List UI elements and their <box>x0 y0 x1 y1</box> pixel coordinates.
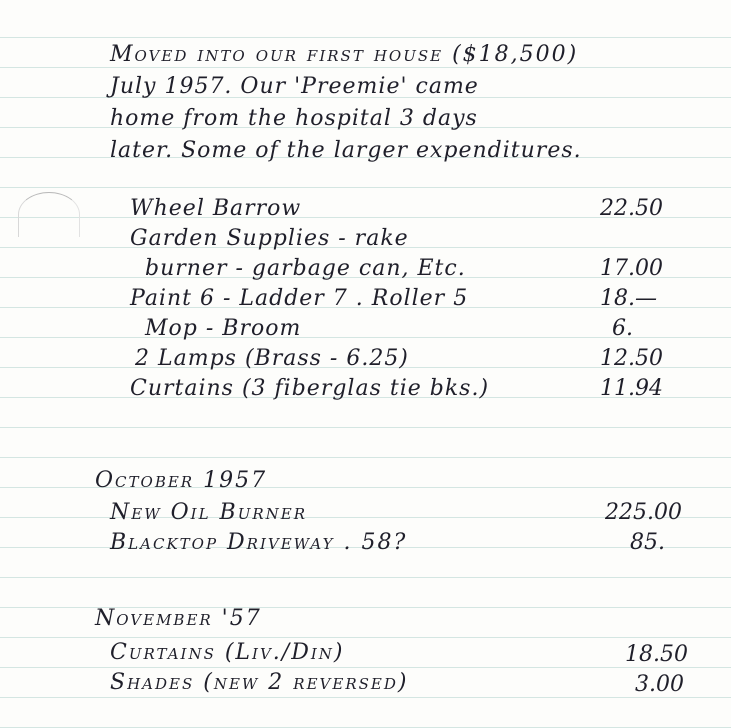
expense-label: Blacktop Driveway . 58? <box>110 530 407 555</box>
expense-amount: 6. <box>612 316 633 341</box>
expense-label: Paint 6 - Ladder 7 . Roller 5 <box>130 286 468 311</box>
expense-label: New Oil Burner <box>110 500 307 525</box>
notebook-page: Moved into our first house ($18,500) Jul… <box>0 0 731 728</box>
expense-label: 2 Lamps (Brass - 6.25) <box>135 346 409 371</box>
expense-amount: 18.50 <box>625 642 688 667</box>
intro-line: Moved into our first house ($18,500) <box>110 42 578 67</box>
expense-amount: 17.00 <box>600 256 663 281</box>
expense-label: Curtains (3 fiberglas tie bks.) <box>130 376 489 401</box>
intro-line: later. Some of the larger expenditures. <box>110 138 582 163</box>
expense-label: Garden Supplies - rake <box>130 226 409 251</box>
binder-hole-icon <box>18 192 80 237</box>
expense-amount: 12.50 <box>600 346 663 371</box>
expense-amount: 18.— <box>600 286 657 311</box>
expense-amount: 22.50 <box>600 196 663 221</box>
expense-amount: 11.94 <box>600 376 663 401</box>
intro-line: home from the hospital 3 days <box>110 106 478 131</box>
expense-label: Wheel Barrow <box>130 196 301 221</box>
intro-line: July 1957. Our 'Preemie' came <box>110 74 479 99</box>
expense-amount: 3.00 <box>635 672 684 697</box>
expense-amount: 85. <box>630 530 665 555</box>
section-heading: October 1957 <box>95 468 267 493</box>
expense-label: Mop - Broom <box>145 316 301 341</box>
section-heading: November '57 <box>95 606 262 631</box>
expense-label: Shades (new 2 reversed) <box>110 670 408 695</box>
expense-label: burner - garbage can, Etc. <box>145 256 466 281</box>
expense-label: Curtains (Liv./Din) <box>110 640 344 665</box>
expense-amount: 225.00 <box>605 500 682 525</box>
